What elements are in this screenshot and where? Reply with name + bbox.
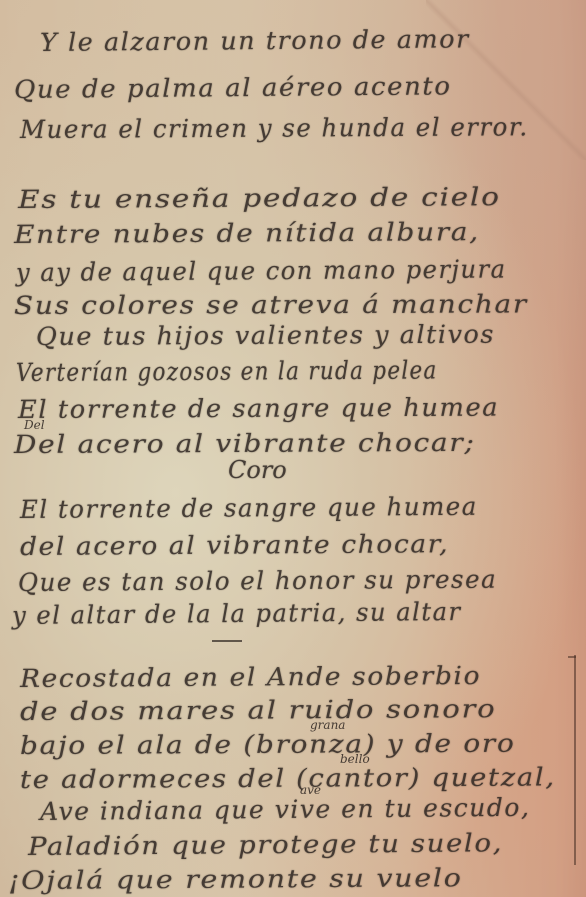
- stanza-2-line-8: Del acero al vibrante chocar;: [14, 428, 476, 459]
- stanza-1-line-3: Muera el crimen y se hunda el error.: [20, 112, 529, 144]
- stanza-3-line-7: ¡Ojalá que remonte su vuelo: [8, 863, 463, 895]
- stanza-2-line-7: El torrente de sangre que humea: [18, 393, 499, 424]
- stanza-2-line-4: Sus colores se atreva á manchar: [14, 289, 528, 320]
- chorus-line-3: Que es tan solo el honor su presea: [18, 565, 497, 597]
- stanza-1-line-2: Que de palma al aéreo acento: [14, 71, 452, 104]
- stanza-2-line-1: Es tu enseña pedazo de cielo: [18, 182, 501, 214]
- stanza-3-line-3: bajo el ala de (bronza) y de oro: [20, 729, 516, 760]
- stanza-3-line-6: Paladión que protege tu suelo,: [28, 828, 503, 861]
- stanza-3-line-4: te adormeces del (cantor) quetzal,: [20, 762, 556, 794]
- stanza-2-line-3: y ay de aquel que con mano perjura: [16, 254, 507, 287]
- stanza-2-line-2: Entre nubes de nítida albura,: [14, 217, 480, 249]
- manuscript-page: Y le alzaron un trono de amor Que de pal…: [0, 0, 586, 897]
- stanza-2-line-6: Verterían gozosos en la ruda pelea: [16, 355, 438, 387]
- chorus-line-2: del acero al vibrante chocar,: [20, 529, 449, 561]
- stanza-3-line-1: Recostada en el Ande soberbio: [20, 661, 481, 693]
- chorus-line-4: y el altar de la la patria, su altar: [12, 597, 462, 630]
- page-edge-tick: [568, 656, 576, 658]
- stanza-3-line-2: de dos mares al ruido sonoro: [20, 694, 497, 726]
- stanza-2-line-5: Que tus hijos valientes y altivos: [36, 320, 495, 351]
- chorus-line-1: El torrente de sangre que humea: [20, 492, 478, 524]
- page-edge-mark: [574, 655, 576, 865]
- section-divider: [212, 640, 242, 642]
- chorus-heading: Coro: [228, 456, 287, 484]
- stanza-3-line-5: Ave indiana que vive en tu escudo,: [40, 793, 531, 826]
- stanza-1-line-1: Y le alzaron un trono de amor: [40, 24, 470, 57]
